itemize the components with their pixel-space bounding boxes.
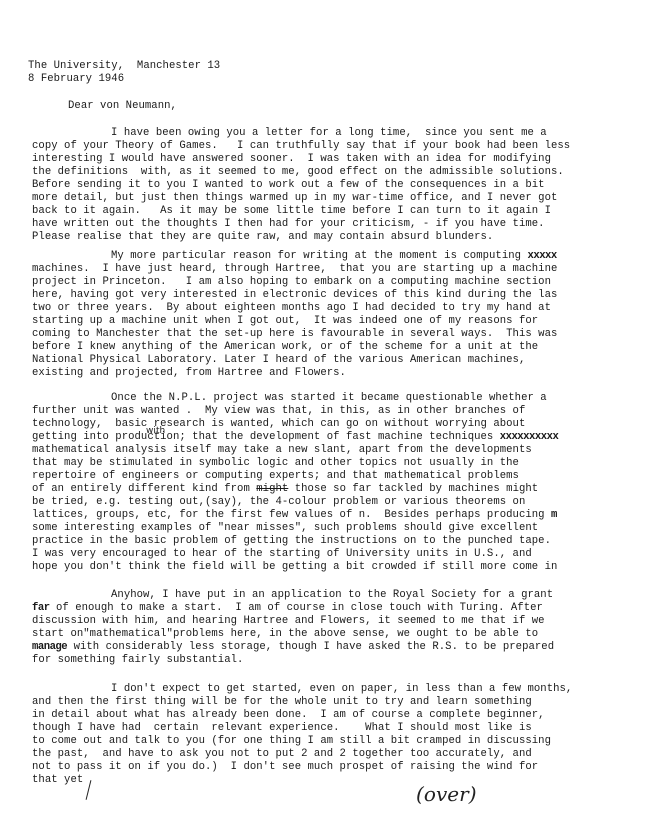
struck-word: might [256,483,288,495]
paragraph-line: though I have had certain relevant exper… [32,722,532,735]
line-text: My more particular reason for writing at… [111,250,527,262]
paragraph-line: machines. I have just heard, through Har… [32,263,557,276]
handwritten-slash-mark [86,780,92,800]
paragraph-line: some interesting examples of "near misse… [32,522,538,535]
line-text: getting into production; that the develo… [32,431,500,443]
line-text: of an entirely different kind from [32,483,256,495]
paragraph-line: to come out and talk to you (for one thi… [32,735,551,748]
paragraph-line: Anyhow, I have put in an application to … [111,589,553,602]
typed-xout: m [551,509,557,521]
paragraph-line: that yet [32,774,83,787]
paragraph-line: in detail about what has already been do… [32,709,545,722]
paragraph-line: starting up a machine unit when I got ou… [32,315,538,328]
paragraph-line: I don't expect to get started, even on p… [111,683,572,696]
line-text: of enough to make a start. I am of cours… [50,602,543,614]
paragraph-line: Once the N.P.L. project was started it b… [111,392,547,405]
paragraph-line: further unit was wanted . My view was th… [32,405,525,418]
typed-xout: xxxxx [527,250,556,262]
paragraph-line: of an entirely different kind from might… [32,483,538,496]
paragraph-line: copy of your Theory of Games. I can trut… [32,140,570,153]
paragraph-line: hope you don't think the field will be g… [32,561,557,574]
paragraph-line: here, having got very interested in elec… [32,289,557,302]
paragraph-line: and then the first thing will be for the… [32,696,532,709]
paragraph-line: manage with considerably less storage, t… [32,641,554,654]
line-text: with considerably less storage, though I… [67,641,554,653]
paragraph-line: National Physical Laboratory. Later I he… [32,354,525,367]
paragraph-line: mathematical analysis itself may take a … [32,444,532,457]
paragraph-line: not to pass it on if you do.) I don't se… [32,761,538,774]
paragraph-line: practice in the basic problem of getting… [32,535,551,548]
paragraph-line: interesting I would have answered sooner… [32,153,551,166]
paragraph-line: Please realise that they are quite raw, … [32,231,493,244]
paragraph-line: two or three years. By about eighteen mo… [32,302,551,315]
paragraph-line: technology, basic research is wanted, wh… [32,418,525,431]
paragraph-line: existing and projected, from Hartree and… [32,367,346,380]
paragraph-line: the definitions with, as it seemed to me… [32,166,564,179]
line-text: those so far tackled by machines might [288,483,538,495]
salutation: Dear von Neumann, [68,100,177,113]
paragraph-line: I have been owing you a letter for a lon… [111,127,547,140]
paragraph-line: start on"mathematical"problems here, in … [32,628,538,641]
sender-address: The University, Manchester 13 [28,60,220,73]
paragraph-line: discussion with him, and hearing Hartree… [32,615,545,628]
paragraph-line: have written out the thoughts I then had… [32,218,545,231]
paragraph-line: My more particular reason for writing at… [111,250,557,263]
paragraph-line: the past, and have to ask you not to put… [32,748,532,761]
paragraph-line: coming to Manchester that the set-up her… [32,328,557,341]
typed-xout: far [32,602,50,614]
line-text: lattices, groups, etc, for the first few… [32,509,551,521]
paragraph-line: repertoire of engineers or computing exp… [32,470,519,483]
paragraph-line: that may be stimulated in symbolic logic… [32,457,519,470]
handwritten-over-note: (over) [416,782,477,806]
paragraph-line: lattices, groups, etc, for the first few… [32,509,557,522]
paragraph-line: before I knew anything of the American w… [32,341,538,354]
paragraph-line: for something fairly substantial. [32,654,243,667]
paragraph-line: more detail, but just then things warmed… [32,192,557,205]
letter-date: 8 February 1946 [28,73,124,86]
paragraph-line: Before sending it to you I wanted to wor… [32,179,545,192]
typed-xout: manage [32,641,67,653]
paragraph-line: be tried, e.g. testing out,(say), the 4-… [32,496,525,509]
paragraph-line: I was very encouraged to hear of the sta… [32,548,532,561]
paragraph-line: project in Princeton. I am also hoping t… [32,276,551,289]
paragraph-line: back to it again. As it may be some litt… [32,205,551,218]
typed-xout: xxxxxxxxxx [500,431,559,443]
paragraph-line: getting into production; that the develo… [32,431,558,444]
paragraph-line: far of enough to make a start. I am of c… [32,602,543,615]
letter-page: The University, Manchester 13 8 February… [0,0,650,828]
